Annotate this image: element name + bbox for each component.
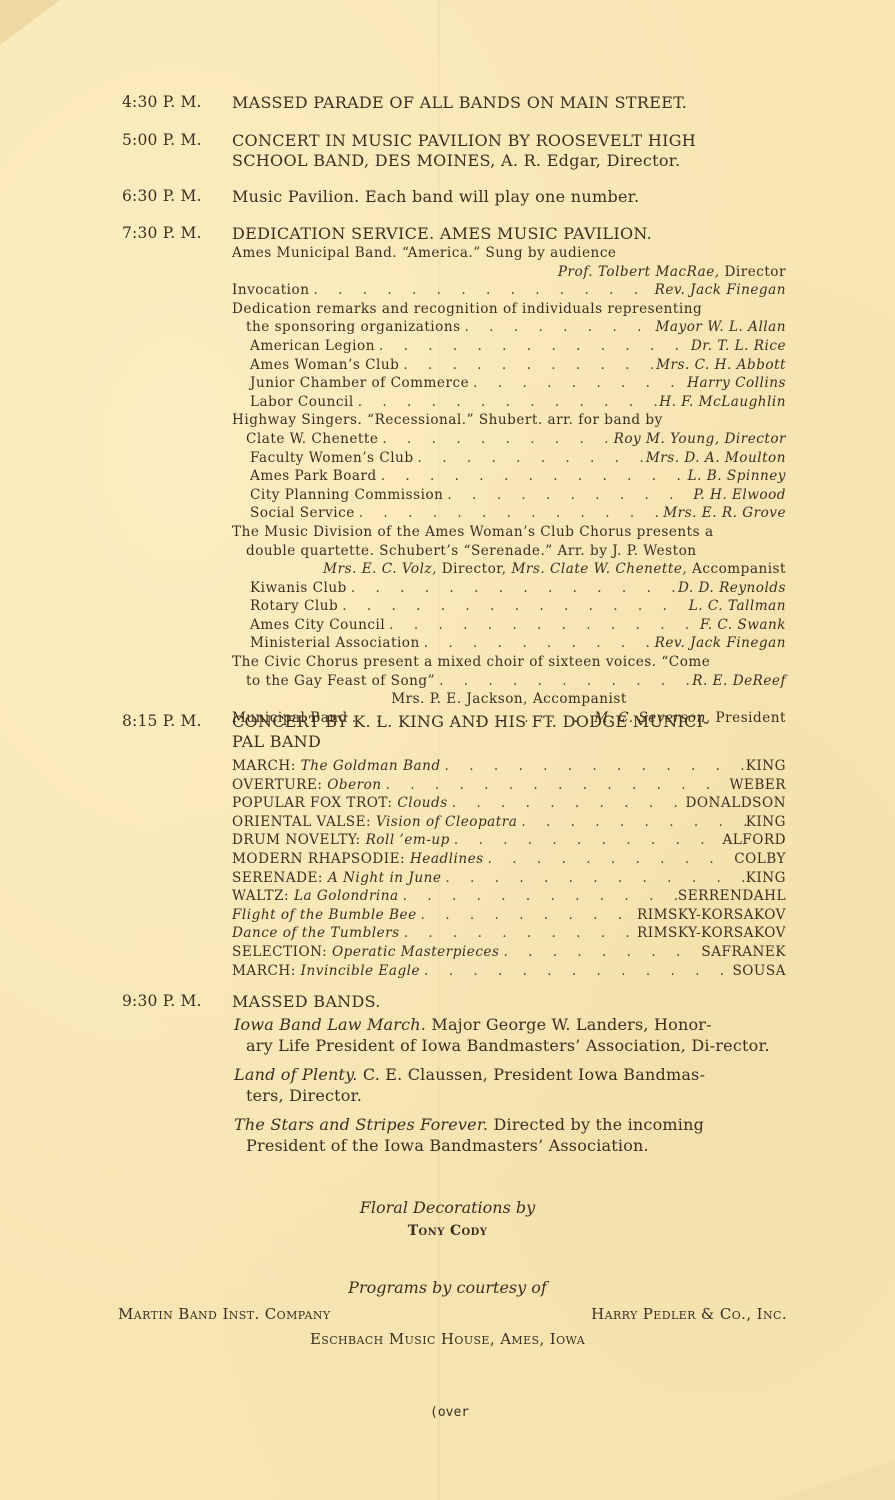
sponsor-pedler: Harry Pedler & Co., Inc. bbox=[591, 1305, 787, 1323]
piece-text: Directed by the incoming bbox=[488, 1115, 704, 1134]
piece-composer: WEBER bbox=[729, 776, 786, 795]
representative-name: Mrs. D. A. Moulton bbox=[646, 449, 786, 468]
piece-type: MODERN RHAPSODIE: bbox=[232, 851, 410, 867]
organization-name: American Legion bbox=[250, 337, 375, 356]
organization-row: Labor CouncilH. F. McLaughlin bbox=[232, 393, 786, 412]
event-heading: MASSED BANDS. bbox=[232, 992, 786, 1012]
piece-type: SELECTION: bbox=[232, 944, 332, 960]
heading-line: CONCERT IN MUSIC PAVILION BY ROOSEVELT H… bbox=[232, 131, 786, 151]
representative-name: H. F. McLaughlin bbox=[659, 393, 786, 412]
piece-type: POPULAR FOX TROT: bbox=[232, 795, 397, 811]
organization-name: Faculty Women’s Club bbox=[250, 449, 414, 468]
piece-title: Land of Plenty. bbox=[234, 1065, 358, 1084]
heading-line: PAL BAND bbox=[232, 732, 786, 752]
piece-composer: DONALDSON bbox=[685, 794, 786, 813]
folded-corner-bottom-right bbox=[775, 1460, 895, 1500]
highway-line: Highway Singers. “Recessional.” Shubert.… bbox=[232, 411, 786, 430]
floral-label: Floral Decorations by bbox=[0, 1198, 895, 1217]
programs-credit: Programs by courtesy of bbox=[0, 1278, 895, 1297]
leader-dots bbox=[347, 579, 678, 598]
piece-title: Dance of the Tumblers bbox=[232, 925, 400, 941]
leader-dots bbox=[417, 906, 637, 925]
piece-text-continued: President of the Iowa Bandmasters’ Assoc… bbox=[234, 1135, 786, 1156]
dedication-line: Dedication remarks and recognition of in… bbox=[232, 300, 786, 319]
organization-name: Ministerial Association bbox=[250, 634, 420, 653]
concert-program: MARCH: The Goldman BandKINGOVERTURE: Obe… bbox=[232, 757, 786, 980]
piece-text-continued: ters, Director. bbox=[234, 1085, 786, 1106]
piece-title: La Golondrina bbox=[294, 888, 399, 904]
representative-name: D. D. Reynolds bbox=[678, 579, 786, 598]
leader-dots bbox=[354, 393, 659, 412]
leader-dots bbox=[382, 776, 730, 795]
leader-dots bbox=[420, 962, 732, 981]
leader-dots bbox=[400, 924, 637, 943]
piece-text-continued: ary Life President of Iowa Bandmasters’ … bbox=[234, 1035, 786, 1056]
music-division-credits: Mrs. E. C. Volz, Director, Mrs. Clate W.… bbox=[232, 560, 786, 579]
organization-name: Ames Park Board bbox=[250, 467, 377, 486]
organization-name: Kiwanis Club bbox=[250, 579, 347, 598]
leader-dots bbox=[399, 887, 678, 906]
program-page: 4:30 P. M. MASSED PARADE OF ALL BANDS ON… bbox=[0, 0, 895, 1500]
piece-text: C. E. Claussen, President Iowa Bandmas- bbox=[358, 1065, 706, 1084]
event-500: 5:00 P. M. CONCERT IN MUSIC PAVILION BY … bbox=[122, 131, 786, 171]
piece-title: Flight of the Bumble Bee bbox=[232, 907, 417, 923]
event-time: 4:30 P. M. bbox=[122, 93, 230, 111]
piece-title: The Stars and Stripes Forever. bbox=[234, 1115, 488, 1134]
opening-director: Prof. Tolbert MacRae, Director bbox=[232, 263, 786, 282]
event-heading: CONCERT IN MUSIC PAVILION BY ROOSEVELT H… bbox=[232, 131, 786, 171]
leader-dots bbox=[435, 672, 692, 691]
programs-label: Programs by courtesy of bbox=[0, 1278, 895, 1297]
organization-row: City Planning CommissionP. H. Elwood bbox=[232, 486, 786, 505]
representative-name: Dr. T. L. Rice bbox=[691, 337, 786, 356]
concert-piece-row: WALTZ: La GolondrinaSERRENDAHL bbox=[232, 887, 786, 906]
opening-line: Ames Municipal Band. “America.” Sung by … bbox=[232, 244, 786, 263]
piece-composer: COLBY bbox=[734, 850, 786, 869]
leader-dots bbox=[309, 281, 654, 300]
organization-row: Faculty Women’s ClubMrs. D. A. Moulton bbox=[232, 449, 786, 468]
leader-dots bbox=[517, 813, 745, 832]
leader-dots bbox=[420, 634, 655, 653]
organization-row: Social ServiceMrs. E. R. Grove bbox=[232, 504, 786, 523]
concert-piece-row: OVERTURE: OberonWEBER bbox=[232, 776, 786, 795]
organization-name: Labor Council bbox=[250, 393, 354, 412]
music-division-line: The Music Division of the Ames Woman’s C… bbox=[232, 523, 786, 542]
event-430: 4:30 P. M. MASSED PARADE OF ALL BANDS ON… bbox=[122, 93, 786, 113]
piece-composer: ALFORD bbox=[722, 831, 786, 850]
leader-dots bbox=[377, 467, 688, 486]
leader-dots bbox=[375, 337, 691, 356]
organization-row: Junior Chamber of CommerceHarry Collins bbox=[232, 374, 786, 393]
representative-name: Mrs. E. R. Grove bbox=[663, 504, 786, 523]
program-row: Clate W. ChenetteRoy M. Young, Director bbox=[232, 430, 786, 449]
organization-row: Ministerial AssociationRev. Jack Finegan bbox=[232, 634, 786, 653]
leader-dots bbox=[441, 757, 746, 776]
over-note: (over bbox=[430, 1405, 469, 1420]
leader-dots bbox=[355, 504, 663, 523]
organization-row: Ames City CouncilF. C. Swank bbox=[232, 616, 786, 635]
floral-credit: Floral Decorations by Tony Cody bbox=[0, 1198, 895, 1239]
heading-line: CONCERT BY K. L. KING AND HIS FT. DODGE … bbox=[232, 712, 786, 732]
organization-name: Ames City Council bbox=[250, 616, 385, 635]
organization-row: Rotary ClubL. C. Tallman bbox=[232, 597, 786, 616]
piece-title: Oberon bbox=[327, 777, 381, 793]
piece-title: A Night in June bbox=[328, 870, 442, 886]
piece-type: ORIENTAL VALSE: bbox=[232, 814, 376, 830]
leader-dots bbox=[499, 943, 701, 962]
concert-piece-row: MODERN RHAPSODIE: HeadlinesCOLBY bbox=[232, 850, 786, 869]
event-815: 8:15 P. M. CONCERT BY K. L. KING AND HIS… bbox=[122, 712, 786, 980]
folded-corner-top-left bbox=[0, 0, 60, 45]
representative-name: L. C. Tallman bbox=[689, 597, 786, 616]
piece-type: MARCH: bbox=[232, 758, 301, 774]
music-division-line: double quartette. Schubert’s “Serenade.”… bbox=[232, 542, 786, 561]
piece-type: WALTZ: bbox=[232, 888, 294, 904]
leader-dots bbox=[378, 430, 613, 449]
massed-band-piece: Land of Plenty. C. E. Claussen, Presiden… bbox=[234, 1064, 786, 1106]
event-time: 5:00 P. M. bbox=[122, 131, 230, 149]
piece-type: MARCH: bbox=[232, 963, 301, 979]
event-630: 6:30 P. M. Music Pavilion. Each band wil… bbox=[122, 187, 786, 207]
concert-piece-row: Dance of the TumblersRIMSKY-KORSAKOV bbox=[232, 924, 786, 943]
concert-piece-row: MARCH: The Goldman BandKING bbox=[232, 757, 786, 776]
leader-dots bbox=[450, 831, 723, 850]
dedication-program: Ames Municipal Band. “America.” Sung by … bbox=[232, 244, 786, 727]
program-row: the sponsoring organizationsMayor W. L. … bbox=[232, 318, 786, 337]
piece-composer: SAFRANEK bbox=[701, 943, 786, 962]
leader-dots bbox=[414, 449, 646, 468]
event-heading: DEDICATION SERVICE. AMES MUSIC PAVILION. bbox=[232, 224, 786, 244]
leader-dots bbox=[484, 850, 735, 869]
concert-piece-row: ORIENTAL VALSE: Vision of CleopatraKING bbox=[232, 813, 786, 832]
sponsor-eschbach: Eschbach Music House, Ames, Iowa bbox=[0, 1330, 895, 1348]
piece-title: Iowa Band Law March. bbox=[234, 1015, 426, 1034]
representative-name: L. B. Spinney bbox=[688, 467, 786, 486]
piece-composer: KING bbox=[746, 869, 786, 888]
program-row: to the Gay Feast of Song”R. E. DeReef bbox=[232, 672, 786, 691]
representative-name: F. C. Swank bbox=[700, 616, 786, 635]
concert-piece-row: MARCH: Invincible EagleSOUSA bbox=[232, 962, 786, 981]
representative-name: P. H. Elwood bbox=[693, 486, 786, 505]
piece-title: Headlines bbox=[410, 851, 484, 867]
piece-composer: RIMSKY-KORSAKOV bbox=[637, 906, 786, 925]
program-row: InvocationRev. Jack Finegan bbox=[232, 281, 786, 300]
leader-dots bbox=[461, 318, 656, 337]
event-time: 7:30 P. M. bbox=[122, 224, 230, 242]
event-time: 6:30 P. M. bbox=[122, 187, 230, 205]
concert-piece-row: Flight of the Bumble BeeRIMSKY-KORSAKOV bbox=[232, 906, 786, 925]
representative-name: Harry Collins bbox=[687, 374, 786, 393]
representative-name: Rev. Jack Finegan bbox=[655, 634, 786, 653]
concert-piece-row: DRUM NOVELTY: Roll ’em-upALFORD bbox=[232, 831, 786, 850]
piece-composer: SOUSA bbox=[732, 962, 786, 981]
piece-title: The Goldman Band bbox=[301, 758, 441, 774]
concert-piece-row: SELECTION: Operatic MasterpiecesSAFRANEK bbox=[232, 943, 786, 962]
piece-title: Roll ’em-up bbox=[366, 832, 450, 848]
civic-chorus-line: The Civic Chorus present a mixed choir o… bbox=[232, 653, 786, 672]
event-time: 8:15 P. M. bbox=[122, 712, 230, 730]
event-heading: CONCERT BY K. L. KING AND HIS FT. DODGE … bbox=[232, 712, 786, 752]
leader-dots bbox=[441, 869, 745, 888]
piece-type: SERENADE: bbox=[232, 870, 328, 886]
organization-row: Kiwanis ClubD. D. Reynolds bbox=[232, 579, 786, 598]
event-heading: MASSED PARADE OF ALL BANDS ON MAIN STREE… bbox=[232, 93, 786, 113]
piece-title: Vision of Cleopatra bbox=[376, 814, 517, 830]
representative-name: Mrs. C. H. Abbott bbox=[656, 356, 786, 375]
organization-name: Junior Chamber of Commerce bbox=[250, 374, 469, 393]
concert-piece-row: SERENADE: A Night in JuneKING bbox=[232, 869, 786, 888]
piece-type: OVERTURE: bbox=[232, 777, 327, 793]
civic-accompanist: Mrs. P. E. Jackson, Accompanist bbox=[232, 690, 786, 709]
organization-name: Ames Woman’s Club bbox=[250, 356, 399, 375]
leader-dots bbox=[448, 794, 686, 813]
sponsor-martin: Martin Band Inst. Company bbox=[118, 1305, 331, 1323]
organization-row: Ames Park BoardL. B. Spinney bbox=[232, 467, 786, 486]
organization-name: City Planning Commission bbox=[250, 486, 443, 505]
organization-row: Ames Woman’s ClubMrs. C. H. Abbott bbox=[232, 356, 786, 375]
event-730: 7:30 P. M. DEDICATION SERVICE. AMES MUSI… bbox=[122, 224, 786, 727]
leader-dots bbox=[469, 374, 687, 393]
piece-title: Invincible Eagle bbox=[301, 963, 420, 979]
piece-text: Major George W. Landers, Honor- bbox=[426, 1015, 712, 1034]
event-930: 9:30 P. M. MASSED BANDS. Iowa Band Law M… bbox=[122, 992, 786, 1156]
piece-title: Clouds bbox=[397, 795, 447, 811]
piece-title: Operatic Masterpieces bbox=[332, 944, 499, 960]
leader-dots bbox=[385, 616, 700, 635]
organization-name: Social Service bbox=[250, 504, 355, 523]
heading-line: SCHOOL BAND, DES MOINES, A. R. Edgar, Di… bbox=[232, 151, 786, 171]
concert-piece-row: POPULAR FOX TROT: CloudsDONALDSON bbox=[232, 794, 786, 813]
piece-composer: SERRENDAHL bbox=[678, 887, 786, 906]
organization-name: Rotary Club bbox=[250, 597, 338, 616]
event-heading: Music Pavilion. Each band will play one … bbox=[232, 187, 786, 207]
piece-composer: RIMSKY-KORSAKOV bbox=[637, 924, 786, 943]
organization-row: American LegionDr. T. L. Rice bbox=[232, 337, 786, 356]
piece-composer: KING bbox=[746, 757, 786, 776]
leader-dots bbox=[443, 486, 693, 505]
massed-band-piece: The Stars and Stripes Forever. Directed … bbox=[234, 1114, 786, 1156]
event-time: 9:30 P. M. bbox=[122, 992, 230, 1010]
piece-composer: KING bbox=[746, 813, 786, 832]
floral-name: Tony Cody bbox=[0, 1223, 895, 1239]
leader-dots bbox=[399, 356, 656, 375]
massed-band-piece: Iowa Band Law March. Major George W. Lan… bbox=[234, 1014, 786, 1056]
leader-dots bbox=[338, 597, 689, 616]
piece-type: DRUM NOVELTY: bbox=[232, 832, 366, 848]
